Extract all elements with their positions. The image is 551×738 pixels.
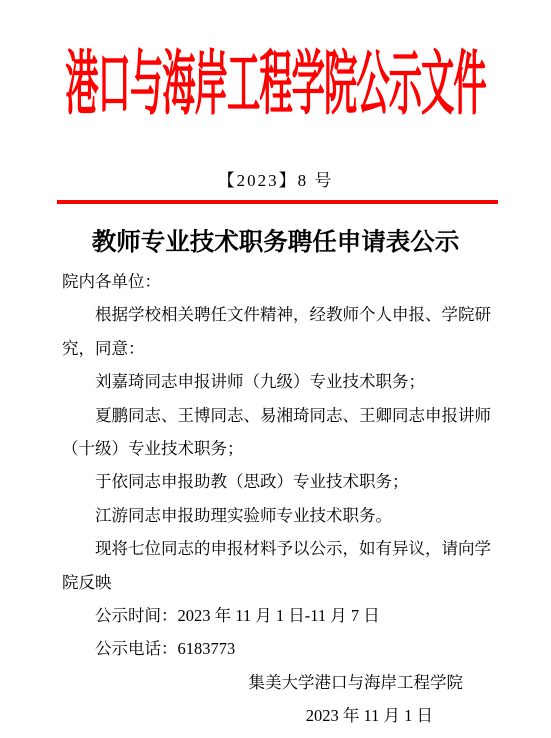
- page-title: 教师专业技术职务聘任申请表公示: [0, 228, 551, 258]
- body-line-notice-phone: 公示电话：6183773: [62, 632, 489, 665]
- body-line: 究，同意：: [62, 332, 489, 365]
- body-line: 夏鹏同志、王博同志、易湘琦同志、王卿同志申报讲师: [62, 399, 489, 432]
- banner: 港口与海岸工程学院公示文件: [0, 52, 551, 128]
- body-line: 院反映: [62, 566, 489, 599]
- body-line: 根据学校相关聘任文件精神，经教师个人申报、学院研: [62, 298, 489, 331]
- body-text: 院内各单位： 根据学校相关聘任文件精神，经教师个人申报、学院研 究，同意： 刘嘉…: [62, 265, 489, 732]
- body-line: 现将七位同志的申报材料予以公示，如有异议，请向学: [62, 532, 489, 565]
- red-divider-line: [57, 200, 498, 204]
- body-line-salutation: 院内各单位：: [62, 265, 489, 298]
- document-page: 港口与海岸工程学院公示文件 【2023】8 号 教师专业技术职务聘任申请表公示 …: [0, 0, 551, 738]
- body-line: 于依同志申报助教（思政）专业技术职务；: [62, 465, 489, 498]
- doc-number: 【2023】8 号: [0, 170, 551, 192]
- signature-date: 2023 年 11 月 1 日: [62, 699, 489, 732]
- body-line-notice-period: 公示时间：2023 年 11 月 1 日-11 月 7 日: [62, 599, 489, 632]
- banner-title: 港口与海岸工程学院公示文件: [65, 52, 485, 122]
- body-line: （十级）专业技术职务；: [62, 432, 489, 465]
- body-line: 江游同志申报助理实验师专业技术职务。: [62, 499, 489, 532]
- signature-org: 集美大学港口与海岸工程学院: [62, 666, 489, 699]
- body-line: 刘嘉琦同志申报讲师（九级）专业技术职务；: [62, 365, 489, 398]
